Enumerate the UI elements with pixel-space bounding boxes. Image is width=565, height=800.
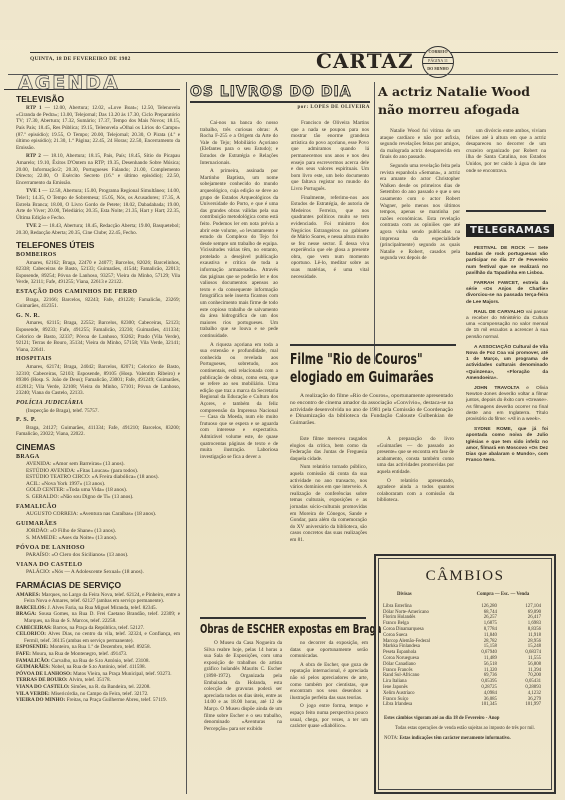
books-title-rule (190, 101, 370, 103)
cinema-city: GUIMARÃES (16, 521, 180, 528)
cinema-listing: AUGUSTO CORREIA: «Aventura nas Caraíbas»… (16, 511, 180, 518)
column-divider (374, 82, 375, 364)
pharmacy-detail: Simões, na R. da Bandeira, tel. 22208. (71, 684, 151, 690)
exchange-rates-table: Divisas Compra — Esc. — Venda Libra Este… (383, 591, 547, 708)
pharmacy-detail: Carvalho, na Rua de S.to António, telef.… (51, 658, 150, 664)
pharmacy-entry: VIANA DO CASTELO: Simões, na R. da Bande… (16, 684, 180, 691)
pharmacy-detail: Freitas, na Praça Guilherme Abreu, telef… (67, 697, 167, 703)
buy-rate: 101,345 (459, 702, 503, 708)
cinema-city: VIANA DO CASTELO (16, 562, 180, 569)
escher-title: Obras de ESCHER expostas em Braga (200, 622, 373, 636)
phone-group-heading: BOMBEIROS (16, 252, 180, 259)
tv-schedule: — 12.00, Abertura; 12.02, «Love Boat»; 1… (16, 105, 180, 151)
cinema-city: BRAGA (16, 454, 180, 461)
film-column-2: A preparação do livro «Guimarães — do pa… (377, 436, 454, 506)
article-paragraph: Num relatório tornado público, aquela co… (290, 464, 367, 543)
natalie-title-line-2: não morreu afogada (378, 102, 563, 118)
telegram-lead: SYDNE ROME, (474, 427, 518, 432)
natalie-title-line-1: A actriz Natalie Wood (378, 84, 563, 100)
pharmacy-place: CELORICO: (16, 631, 48, 637)
books-column-2: Francisco de Oliveira Martins que a nada… (291, 120, 369, 282)
telegrams-header: TELEGRAMAS (466, 220, 554, 238)
validity-note: Estes câmbios vigoram até ao dia 18 de F… (384, 716, 546, 722)
phone-group-numbers: Braga, 24127; Guimarães, 411334; Fafe, 4… (16, 425, 180, 438)
telegram-lead: A ASSOCIAÇÃO Cultural (474, 345, 532, 350)
article-paragraph: O relatório apresentado, agradece ainda … (377, 478, 454, 504)
pharmacy-place: VILA VERDE: (16, 691, 51, 697)
telegram-item: JOHN TRAVOLTA e Olivia Newton-Jones deve… (466, 386, 548, 423)
film-headline: Filme "Rio de Couros" elogiado em Guimar… (290, 350, 460, 386)
page-number: PÁGINA 11 (423, 57, 453, 64)
pharmacies-heading: FARMÁCIAS DE SERVIÇO (16, 582, 180, 589)
cinema-listings: BRAGAAVENIDA: «Amor sem Barreiras» (13 a… (16, 454, 180, 577)
film-top-rule (290, 344, 456, 346)
pharmacy-detail: Matos Vieira, na Praça Municipal, telef.… (73, 671, 171, 677)
telegram-lead: RAUL DE CARVALHO (474, 310, 526, 315)
tv-schedule: — 18.43, Abertura; 18.45, Redacção Abert… (16, 223, 180, 236)
article-paragraph: O jogo entre forma, tempo e espaço feito… (290, 703, 368, 729)
article-paragraph: A obra de Escher, que goza de reputação … (290, 662, 368, 702)
tv-listing: RTP 2 — 18.10, Abertura; 18.15, País, Pa… (16, 153, 180, 186)
table-row: Libra Irlandesa101,345101,997 (383, 702, 547, 708)
article-paragraph: Segundo uma revelação feita pela revista… (380, 163, 460, 262)
pharmacy-detail: Marques, no Largo da Feira Nova, telef. … (24, 592, 180, 605)
tv-schedule: — 18.10, Abertura; 18.15, País, País; 18… (16, 153, 180, 185)
pharmacy-detail: Misericórdia, no Campo da Feira, telef. … (51, 691, 148, 697)
phone-group-heading: POLÍCIA JUDICIÁRIA (16, 400, 180, 407)
telegrams-list: FESTIVAL DE ROCK — Sete bandas de rock p… (466, 246, 548, 469)
tv-listing: TVE 1 — 12.58, Abertura; 15.00, Programa… (16, 188, 180, 221)
pharmacy-place: VIANA DO CASTELO: (16, 684, 71, 690)
telegram-text: e Olivia Newton-Jones deverão voltar a f… (466, 386, 548, 422)
article-paragraph: Finalmente, referimo-nos aos Estudos de … (291, 195, 369, 281)
cinema-listing: AVENIDA: «Amor sem Barreiras» (13 anos). (16, 461, 180, 468)
nota: NOTA: Estas indicações têm carácter mera… (384, 736, 546, 742)
tv-channel: RTP 2 (26, 153, 41, 159)
film-lead: A realização do filme «Rio de Couros», o… (290, 393, 453, 427)
pharmacy-detail: Sousa Gomes, na Rua D. Frei Caetano Bran… (24, 611, 180, 624)
telegram-lead: FESTIVAL DE ROCK (474, 246, 529, 251)
pharmacy-listings: AMARES: Marques, no Largo da Feira Nova,… (16, 592, 180, 704)
cinema-city: PÓVOA DE LANHOSO (16, 545, 180, 552)
tax-note: Todas estas operações de venda estão suj… (384, 726, 546, 732)
col-header-rates: Compra — Esc. — Venda (459, 591, 547, 604)
pharmacy-entry: AMARES: Marques, no Largo da Feira Nova,… (16, 592, 180, 605)
natalie-wood-headline: A actriz Natalie Wood não morreu afogada (378, 84, 563, 118)
tv-channel: TVE 1 (26, 188, 41, 194)
pharmacy-place: BARCELOS: (16, 605, 48, 611)
pharmacy-place: FAFE: (16, 651, 32, 657)
film-title-line-2: elogiado em Guimarães (290, 368, 412, 386)
telegram-text: de Vila Nova de Foz Coa vai promover, at… (466, 345, 548, 381)
seal-bottom-text: DO MINHO (423, 66, 453, 71)
phone-group-numbers: Braga, 22166; Barcelos, 82243; Fafe, 491… (16, 297, 180, 310)
masthead-top-rule (30, 52, 558, 53)
television-heading: TELEVISÃO (16, 96, 180, 103)
telegram-item: FARRAH FAWCET, estrela da série «Os Anjo… (466, 281, 548, 306)
escher-column-2: no decorrer da exposição, em datas que o… (290, 640, 368, 732)
telegrams-title: TELEGRAMAS (466, 224, 554, 237)
cinema-listing: S. GERALDO: «Não sou Digno de Ti» (13 an… (16, 494, 180, 501)
section-title: CARTAZ (316, 49, 414, 73)
pharmacy-place: PÓVOA DE LANHOSO: (16, 671, 73, 677)
telegram-item: FESTIVAL DE ROCK — Sete bandas de rock p… (466, 246, 548, 277)
tv-listings: RTP 1 — 12.00, Abertura; 12.02, «Love Bo… (16, 105, 180, 236)
phones-heading: TELEFONES ÚTEIS (16, 242, 180, 249)
pharmacy-detail: Nobel, na Rua de S.to António, telef. 41… (51, 664, 146, 670)
escher-top-rule (200, 617, 366, 619)
phone-group-heading: HOSPITAIS (16, 356, 180, 363)
pharmacy-place: VIEIRA DO MINHO: (16, 697, 67, 703)
phone-group-heading: G. N. R. (16, 313, 180, 320)
pharmacy-place: ESPOSENDE: (16, 644, 50, 650)
pharmacy-entry: GUIMARÃES: Nobel, na Rua de S.to António… (16, 664, 180, 671)
article-paragraph: Natalie Wood foi vítima de um ataque car… (380, 128, 460, 161)
books-title: OS LIVROS DO DIA (190, 84, 370, 100)
nota-text: Estas indicações têm carácter meramente … (399, 736, 510, 741)
phone-group-heading: P. S. P. (16, 417, 180, 424)
tv-channel: TVE 2 (26, 223, 41, 229)
pharmacy-detail: Monteiro, na Rua 1.º de Dezembro, telef.… (50, 644, 151, 650)
issue-date: QUINTA, 18 DE FEVEREIRO DE 1982 (30, 56, 131, 62)
tv-listing: RTP 1 — 12.00, Abertura; 12.02, «Love Bo… (16, 105, 180, 151)
pharmacy-place: GUIMARÃES: (16, 664, 51, 670)
pharmacy-entry: CELORICO: Alves Dias, no centro da vila,… (16, 631, 180, 644)
pharmacy-place: TERRAS DE BOURO: (16, 677, 69, 683)
telegram-item: A ASSOCIAÇÃO Cultural de Vila Nova de Fo… (466, 345, 548, 382)
pharmacy-entry: TERRAS DE BOURO: Alvim, telef. 35178. (16, 677, 180, 684)
pharmacy-detail: Barros, na Praça da República, telef. 52… (53, 625, 144, 631)
pharmacy-entry: BRAGA: Sousa Gomes, na Rua D. Frei Caeta… (16, 611, 180, 624)
sell-rate: 101,997 (503, 702, 547, 708)
tv-schedule: — 12.58, Abertura; 15.00, Programa Regio… (16, 188, 180, 220)
books-column-1: Caí-nos na banca do nosso trabalho, três… (200, 120, 278, 462)
article-paragraph: O Museu da Casa Nogueira da Silva reabre… (204, 640, 282, 732)
phone-group-numbers: Amares, 62115; Braga, 22552; Barcelos, 8… (16, 320, 180, 353)
natalie-column-2: um divórcio entre ambos, viviam felizes … (466, 128, 546, 176)
article-paragraph: A primeira, assinada por Martinho Baptis… (200, 168, 278, 339)
table-header-row: Divisas Compra — Esc. — Venda (383, 591, 547, 604)
telegrams-top-rule (466, 210, 546, 212)
natalie-column-1: Natalie Wood foi vítima de um ataque car… (380, 128, 460, 264)
article-paragraph: Caí-nos na banca do nosso trabalho, três… (200, 120, 278, 166)
cinema-city: FAMALICÃO (16, 504, 180, 511)
pharmacy-place: FAMALICÃO: (16, 658, 51, 664)
cinema-listing: PALÁCIO: «Nós — A Adolescente Sexual» (1… (16, 569, 180, 576)
cinema-listing: PARAÍSO: «O Clero dos Sicilianos» (13 an… (16, 552, 180, 559)
pharmacy-detail: Alves Dias, no centro da vila, telef. 32… (24, 631, 180, 644)
article-paragraph: um divórcio entre ambos, viviam felizes … (466, 128, 546, 174)
telegram-lead: JOHN TRAVOLTA (474, 386, 526, 391)
pharmacy-place: CABECEIRAS: (16, 625, 53, 631)
pharmacy-detail: Alvim, telef. 35178. (69, 677, 111, 683)
film-column-1: Este filme mereceu rasgados elogios da c… (290, 436, 367, 546)
cinemas-heading: CINEMAS (16, 444, 180, 451)
article-paragraph: no decorrer da exposição, em datas que o… (290, 640, 368, 660)
cinema-listing: ESTÚDIO TEATRO CIRCO: «A Freira diabólic… (16, 474, 180, 481)
escher-column-1: O Museu da Casa Nogueira da Silva reabre… (204, 640, 282, 734)
pharmacy-entry: VIEIRA DO MINHO: Freitas, na Praça Guilh… (16, 697, 180, 704)
cambios-title: CÂMBIOS (376, 568, 554, 585)
pharmacy-entry: FAFE: Moura, na Rua de Montenegro, telef… (16, 651, 180, 658)
agenda-column: AGENDA TELEVISÃO RTP 1 — 12.00, Abertura… (16, 80, 180, 704)
phone-group-numbers: Amares, 62174; Braga, 24042; Barcelos, 8… (16, 364, 180, 397)
books-byline: por: LOPES DE OLIVEIRA (190, 105, 370, 110)
currency-name: Libra Irlandesa (383, 702, 459, 708)
article-paragraph: Este filme mereceu rasgados elogios da c… (290, 436, 367, 462)
col-header-currency: Divisas (383, 591, 459, 604)
phone-group-numbers: Amares, 62162; Braga, 22470 e 24077; Bar… (16, 260, 180, 286)
film-title-line-1: Filme "Rio de Couros" (290, 350, 412, 368)
pharmacy-entry: ESPOSENDE: Monteiro, na Rua 1.º de Dezem… (16, 644, 180, 651)
seal-top-text: CORREIO (423, 49, 453, 54)
phone-group-numbers: (Inspecção de Braga), telef. 75757. (16, 408, 180, 415)
tv-channel: RTP 1 (26, 105, 42, 111)
pharmacy-detail: J. Alves Faria, na Rua Miguel Miranda, t… (48, 605, 157, 611)
pharmacy-detail: Moura, na Rua de Montenegro, telef. 4914… (32, 651, 127, 657)
phone-listings: BOMBEIROSAmares, 62162; Braga, 22470 e 2… (16, 252, 180, 438)
pharmacy-place: BRAGA: (16, 611, 39, 617)
page-top-margin (0, 0, 565, 40)
telegram-lead: FARRAH FAWCET, (474, 281, 523, 286)
books-article: OS LIVROS DO DIA por: LOPES DE OLIVEIRA (190, 84, 370, 110)
telegram-item: SYDNE ROME, que já foi apontada como noi… (466, 427, 548, 464)
cinema-listing: S. MAMEDE: «Ases da Noite» (13 anos). (16, 535, 180, 542)
column-divider (186, 82, 187, 794)
nota-label: NOTA: (384, 736, 398, 741)
tv-listing: TVE 2 — 18.43, Abertura; 18.45, Redacção… (16, 223, 180, 236)
article-paragraph: A preparação do livro «Guimarães — do pa… (377, 436, 454, 476)
phone-group-heading: ESTAÇÃO DOS CAMINHOS DE FERRO (16, 289, 180, 296)
telegram-item: RAUL DE CARVALHO vai passar a receber do… (466, 310, 548, 341)
cambios-box: CÂMBIOS Divisas Compra — Esc. — Venda Li… (374, 554, 556, 794)
telegram-text: que já foi apontada como noiva de Julio … (466, 427, 548, 463)
pharmacy-place: AMARES: (16, 592, 42, 598)
article-paragraph: A riqueza açoriana em toda a sua extensã… (200, 342, 278, 461)
article-paragraph: Francisco de Oliveira Martins que a nada… (291, 120, 369, 193)
agenda-title: AGENDA (18, 80, 180, 87)
